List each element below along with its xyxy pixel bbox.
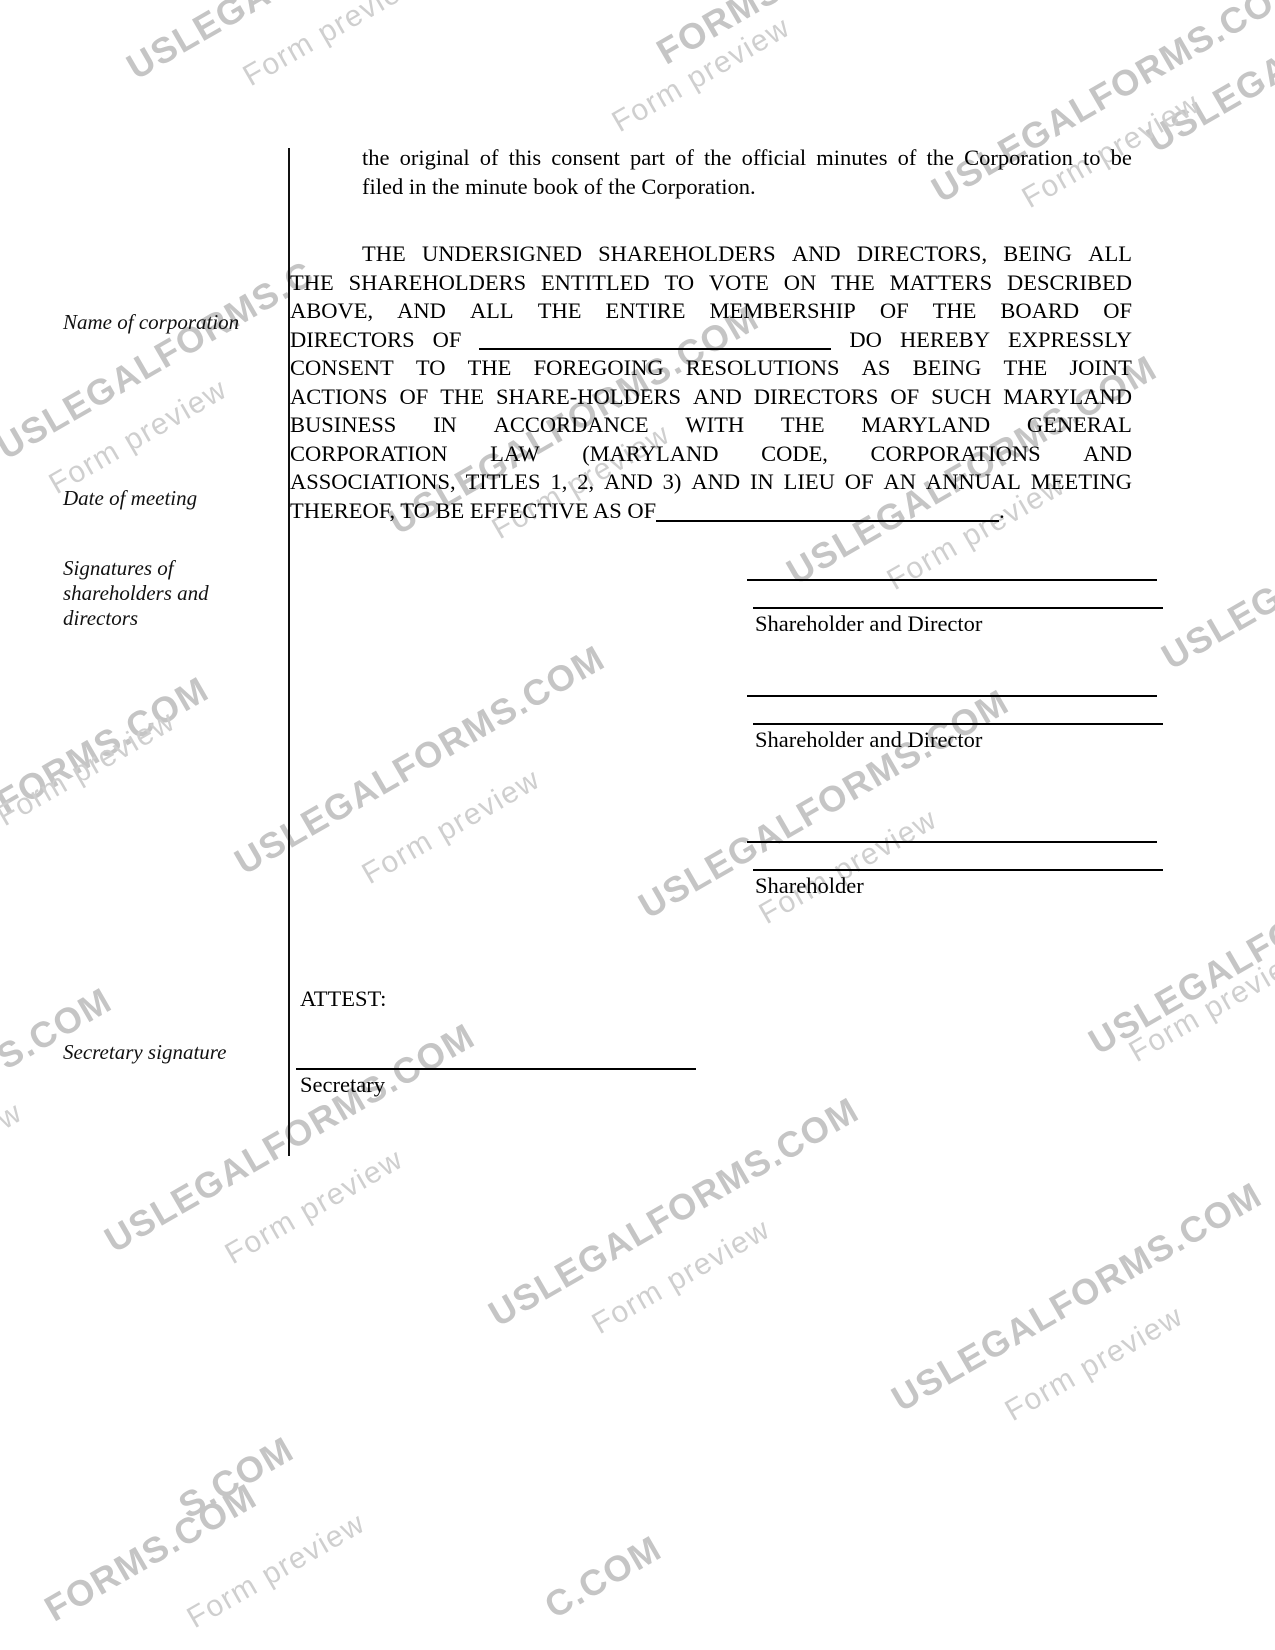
paragraph-line: THEUNDERSIGNEDSHAREHOLDERSANDDIRECTORS,B… [290,240,1132,269]
word: FOREGOING [534,354,664,383]
word: OF [1103,297,1132,326]
word: ABOVE, [290,297,373,326]
word: part [630,144,665,173]
word: ALL [470,297,514,326]
word: DO [849,326,882,355]
word: original [400,144,470,173]
word: ACTIONS [290,383,388,412]
signature-label: Shareholder and Director [755,725,1159,752]
secretary-signature-line[interactable] [296,1040,696,1070]
word: SHAREHOLDERS [349,269,527,298]
signature-block: Shareholder and Director [747,551,1159,636]
word: RESOLUTIONS [686,354,840,383]
word: BEING [1003,240,1072,269]
word: DIRECTORS [290,326,415,355]
document-content: Name of corporation Date of meeting Sign… [0,0,1275,1650]
word: the [704,144,732,173]
word: TO [416,354,446,383]
intro-paragraph: theoriginalofthisconsentpartoftheofficia… [362,144,1132,201]
word: Corporation [964,144,1073,173]
word: to [1083,144,1101,173]
word: be [1111,144,1132,173]
word: THE [831,269,875,298]
word: HEREBY [900,326,990,355]
paragraph-line: ABOVE,ANDALLTHEENTIREMEMBERSHIPOFTHEBOAR… [290,297,1132,326]
word: AND [691,468,740,497]
word: MEMBERSHIP [710,297,856,326]
signature-block: Shareholder [747,813,1159,898]
line-text: THEREOF, TO BE EFFECTIVE AS OF [290,498,656,523]
word: OF [400,383,429,412]
word: LAW [490,440,539,469]
word: of [480,144,499,173]
word: CONSENT [290,354,394,383]
word: MARYLAND [1003,383,1132,412]
word: SHARE-HOLDERS [496,383,681,412]
secretary-label: Secretary [300,1070,702,1097]
paragraph-line: ASSOCIATIONS,TITLES1,2,AND3)ANDINLIEUOFA… [290,468,1132,497]
word: of [898,144,917,173]
word: THE [781,411,825,440]
paragraph-line: DIRECTORSOFDOHEREBYEXPRESSLY [290,326,1132,355]
word: SUCH [931,383,991,412]
word: THE [1004,354,1048,383]
word: 3) [663,468,682,497]
word: GENERAL [1027,411,1132,440]
signature-line[interactable] [747,667,1157,697]
word: CORPORATIONS [871,440,1041,469]
word: this [509,144,542,173]
paragraph-line: THEREOF, TO BE EFFECTIVE AS OF. [290,497,1132,526]
word: OF [433,326,462,355]
margin-label-name-of-corporation: Name of corporation [63,310,293,335]
word: (MARYLAND [582,440,718,469]
word: THE [290,269,334,298]
paragraph-line: theoriginalofthisconsentpartoftheofficia… [362,144,1132,173]
corporation-name-blank[interactable] [479,342,831,350]
word: AND [1083,440,1132,469]
word: DIRECTORS [754,383,879,412]
paragraph-line: CONSENTTOTHEFOREGOINGRESOLUTIONSASBEINGT… [290,354,1132,383]
signature-block: Shareholder and Director [747,667,1159,752]
margin-label-secretary-signature: Secretary signature [63,1040,293,1065]
word: ACCORDANCE [494,411,649,440]
word: BOARD [1000,297,1079,326]
signature-line[interactable] [753,581,1163,609]
word: 2, [577,468,594,497]
word: OF [880,297,909,326]
word: TO [664,269,694,298]
word: SHAREHOLDERS [598,240,776,269]
paragraph-line: filed in the minute book of the Corporat… [362,173,1132,202]
signature-line[interactable] [747,813,1157,843]
word: THE [440,383,484,412]
paragraph-line: ACTIONSOFTHESHARE-HOLDERSANDDIRECTORSOFS… [290,383,1132,412]
word: WITH [685,411,744,440]
signature-line[interactable] [753,843,1163,871]
secretary-signature-block: Secretary [296,1040,702,1097]
word: the [926,144,954,173]
word: ON [784,269,817,298]
word: consent [551,144,620,173]
word: AND [604,468,653,497]
signature-label: Shareholder and Director [755,609,1159,636]
margin-label-signatures: Signatures of shareholders and directors [63,556,233,631]
word: TITLES [466,468,541,497]
word: ASSOCIATIONS, [290,468,456,497]
word: CODE, [761,440,828,469]
word: LIEU [784,468,835,497]
signature-line[interactable] [753,697,1163,725]
form-page: USLEGALFORMS.COMForm previewFORMS.COMFor… [0,0,1275,1650]
word: ENTIRE [606,297,686,326]
paragraph-line: CORPORATIONLAW(MARYLANDCODE,CORPORATIONS… [290,440,1132,469]
word: AND [792,240,841,269]
word: MATTERS [890,269,993,298]
line-text: . [999,498,1005,523]
word: DESCRIBED [1007,269,1132,298]
word: the [362,144,390,173]
paragraph-line: BUSINESSINACCORDANCEWITHTHEMARYLANDGENER… [290,411,1132,440]
word: ANNUAL [926,468,1021,497]
word: AN [883,468,916,497]
word: IN [433,411,457,440]
word: official [742,144,807,173]
word: CORPORATION [290,440,448,469]
word: of [675,144,694,173]
signature-line[interactable] [747,551,1157,581]
word: AND [693,383,742,412]
margin-label-date-of-meeting: Date of meeting [63,486,293,511]
attest-heading: ATTEST: [300,986,386,1012]
word: THE [362,240,406,269]
word: DIRECTORS, [857,240,987,269]
word: BEING [913,354,982,383]
word: VOTE [709,269,769,298]
consent-paragraph: THEUNDERSIGNEDSHAREHOLDERSANDDIRECTORS,B… [290,240,1132,525]
effective-date-blank[interactable] [656,516,999,522]
word: THE [468,354,512,383]
word: THE [933,297,977,326]
word: JOINT [1069,354,1132,383]
word: IN [750,468,774,497]
word: AND [397,297,446,326]
word: OF [845,468,874,497]
word: THE [538,297,582,326]
word: BUSINESS [290,411,396,440]
word: UNDERSIGNED [422,240,582,269]
word: ENTITLED [541,269,650,298]
word: MEETING [1031,468,1132,497]
word: 1, [550,468,567,497]
signature-label: Shareholder [755,871,1159,898]
word: OF [890,383,919,412]
word: ALL [1088,240,1132,269]
word: AS [862,354,891,383]
paragraph-line: THESHAREHOLDERSENTITLEDTOVOTEONTHEMATTER… [290,269,1132,298]
line-text: filed in the minute book of the Corporat… [362,174,756,199]
word: minutes [816,144,887,173]
word: MARYLAND [861,411,990,440]
word: EXPRESSLY [1008,326,1132,355]
